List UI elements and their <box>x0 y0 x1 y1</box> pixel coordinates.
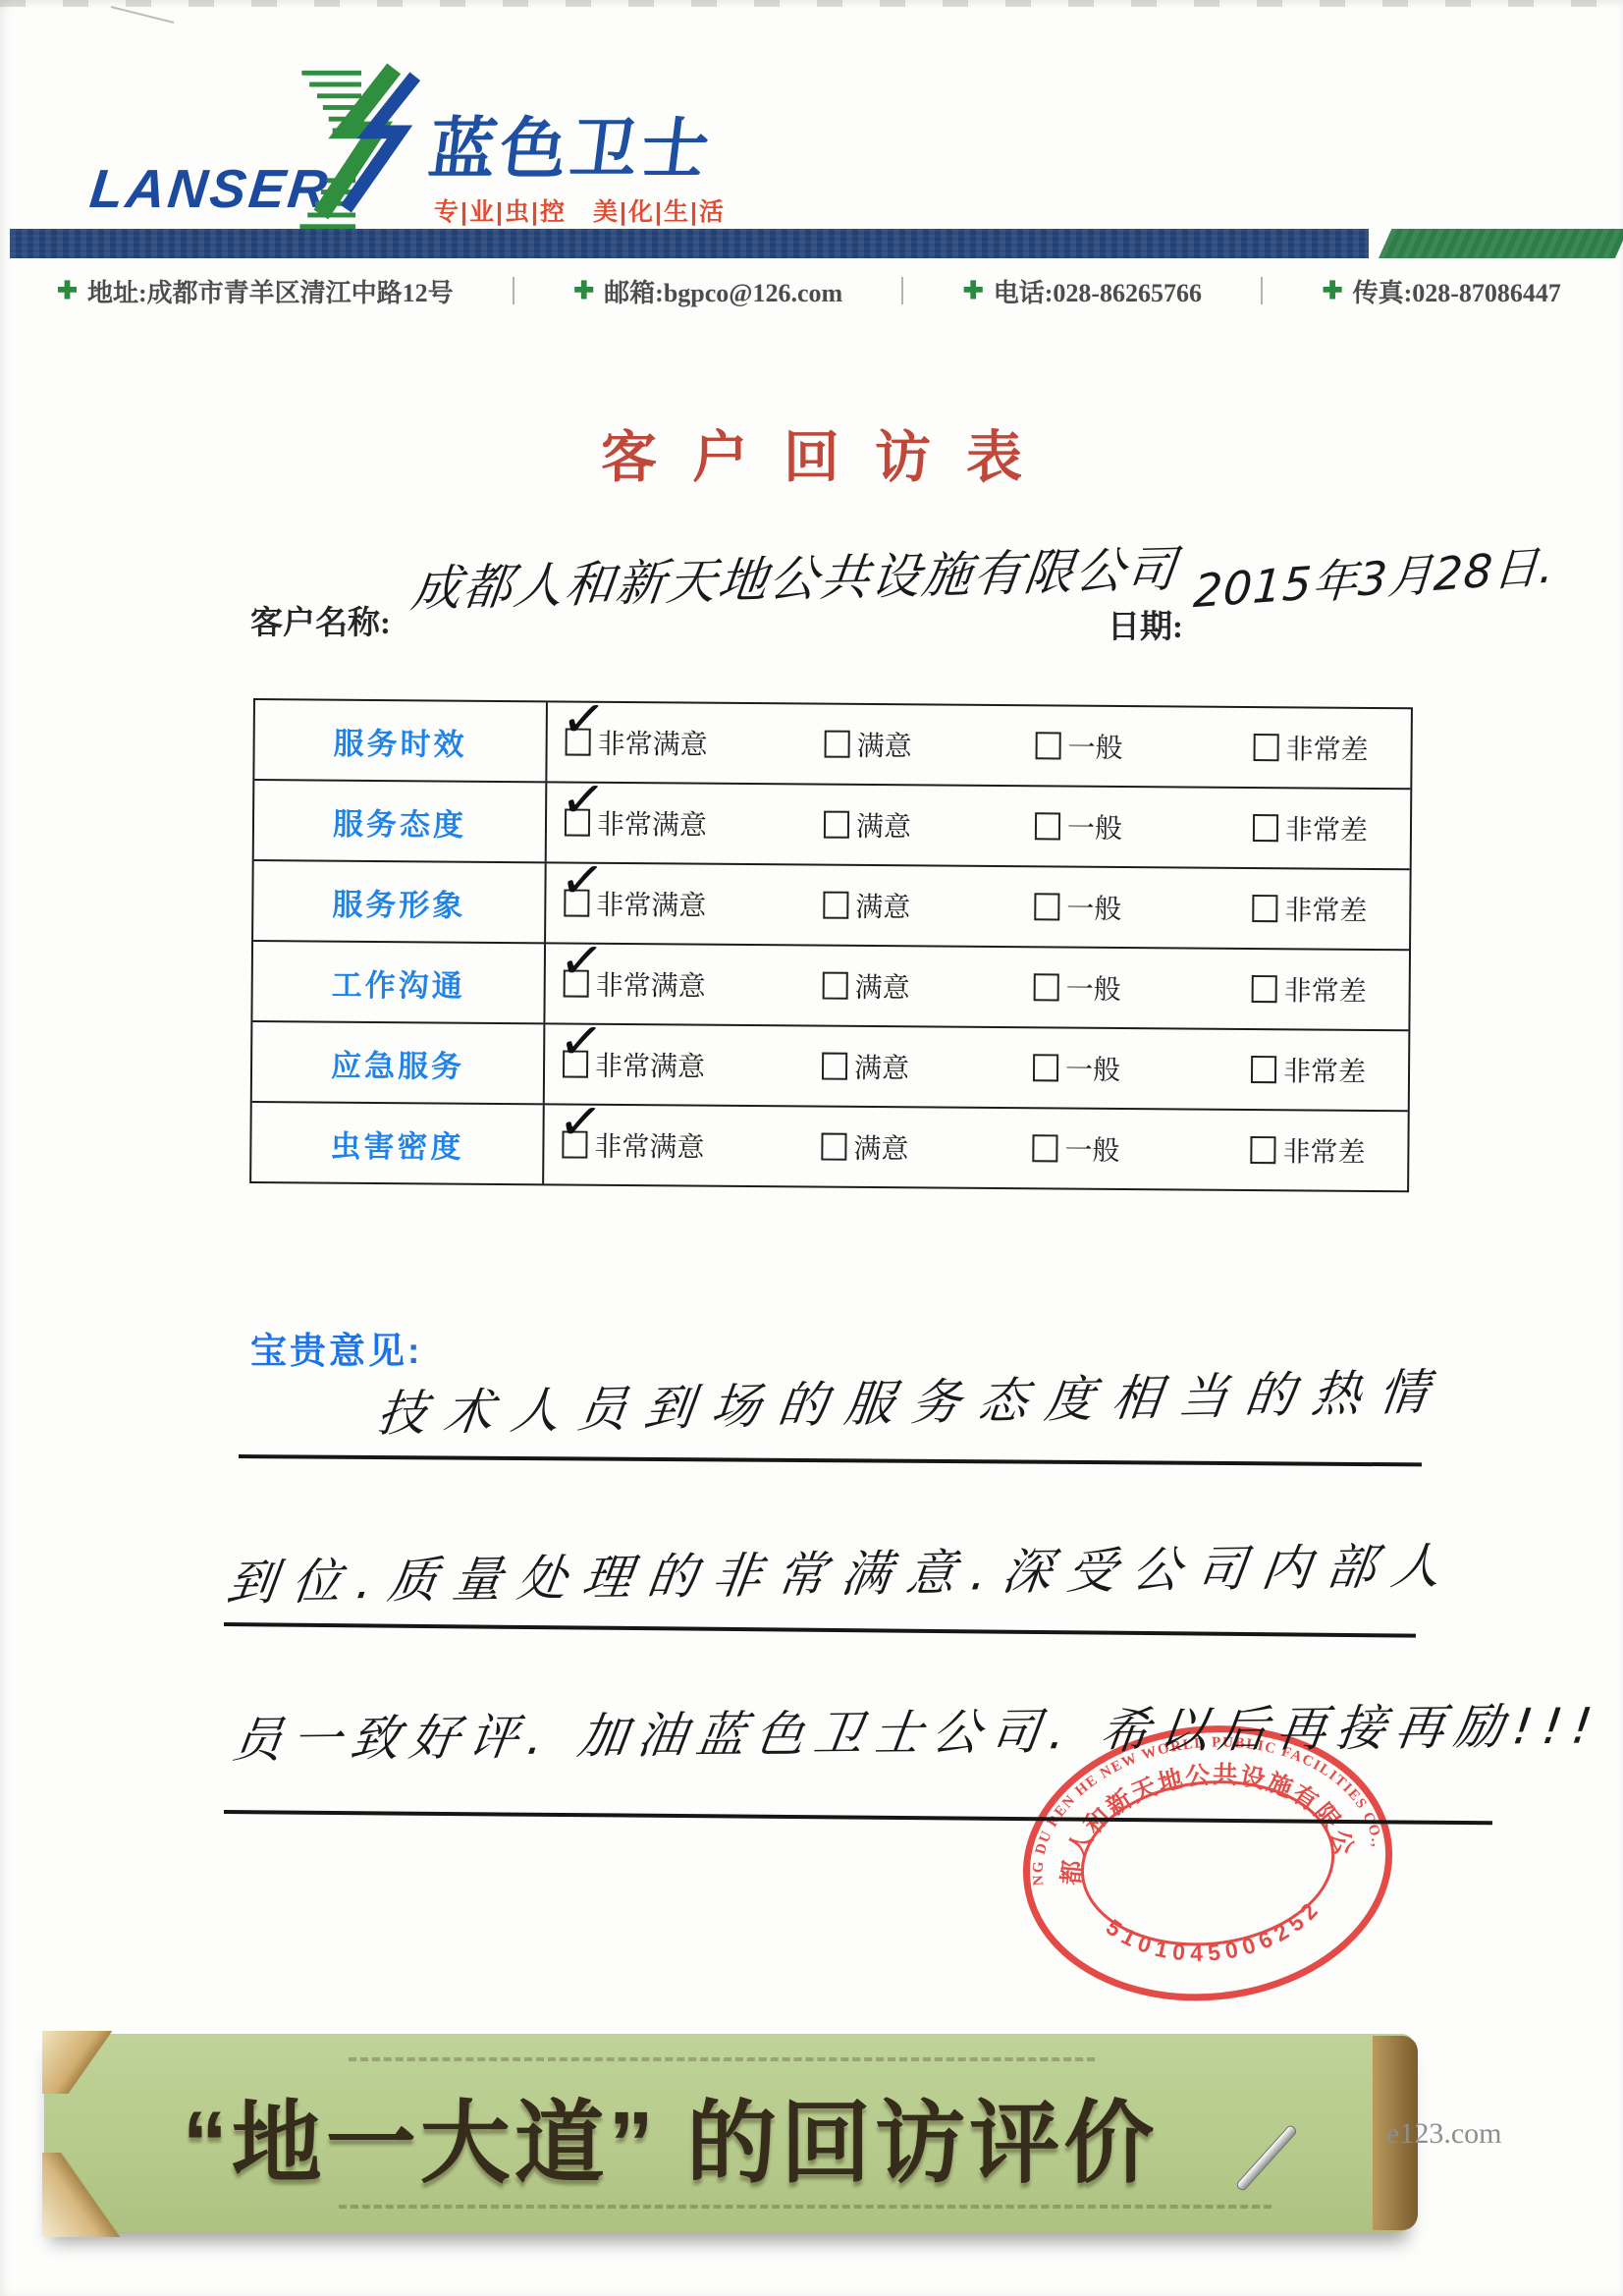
row-options: ✓ 非常满意 满意 一般 非常差 <box>545 944 1409 1029</box>
option-label: 满意 <box>853 1127 908 1167</box>
option-average: 一般 <box>1034 887 1252 928</box>
row-label: 应急服务 <box>252 1022 546 1103</box>
row-label: 服务形象 <box>253 861 547 942</box>
option-label: 一般 <box>1065 1049 1120 1088</box>
caption-banner: “地一大道” 的回访评价 <box>44 2034 1414 2232</box>
option-label: 非常满意 <box>598 723 708 763</box>
option-label: 非常满意 <box>595 1045 705 1085</box>
checkbox <box>1033 1054 1058 1081</box>
option-label: 满意 <box>856 725 911 764</box>
contact-divider <box>901 277 903 304</box>
option-average: 一般 <box>1032 1128 1250 1170</box>
date-label: 日期: <box>1108 601 1183 647</box>
contact-phone-text: 电话:028-86265766 <box>994 273 1202 309</box>
contact-email: ✚ 邮箱:bgpco@126.com <box>573 273 842 309</box>
row-label: 工作沟通 <box>252 942 546 1022</box>
option-very-poor: 非常差 <box>1252 969 1409 1010</box>
checkbox <box>1252 975 1277 1003</box>
checkbox <box>1250 1136 1275 1164</box>
checkmark: ✓ <box>556 1093 606 1151</box>
checkbox <box>825 731 850 758</box>
row-label: 虫害密度 <box>251 1103 545 1183</box>
option-label: 非常满意 <box>597 803 707 844</box>
option-very-satisfied: ✓ 非常满意 <box>566 722 825 763</box>
checkmark: ✓ <box>556 1012 606 1070</box>
option-very-poor: 非常差 <box>1251 1050 1408 1090</box>
checkbox <box>1036 732 1061 759</box>
contact-divider <box>513 277 514 304</box>
checkbox <box>1035 812 1060 840</box>
checkbox <box>823 972 848 1000</box>
scan-corner-mark <box>111 6 175 24</box>
option-label: 满意 <box>854 1047 909 1086</box>
row-options: ✓ 非常满意 满意 一般 非常差 <box>546 863 1410 949</box>
table-row: 虫害密度 ✓ 非常满意 满意 一般 非常差 <box>251 1103 1408 1190</box>
feedback-handwriting-line-1: 技术人员到场的服务态度相当的热情 <box>374 1352 1450 1446</box>
row-options: ✓ 非常满意 满意 一般 非常差 <box>545 1024 1409 1110</box>
brand-name-chinese: 蓝色卫士 <box>424 96 719 191</box>
contact-fax-text: 传真:028-87086447 <box>1353 273 1561 309</box>
plus-icon: ✚ <box>57 279 78 303</box>
option-average: 一般 <box>1034 967 1252 1009</box>
option-satisfied: 满意 <box>824 725 1035 766</box>
plus-icon: ✚ <box>1323 279 1343 303</box>
contact-address-text: 地址:成都市青羊区清江中路12号 <box>87 273 454 309</box>
checkbox <box>823 892 848 919</box>
ruled-line <box>224 1622 1416 1638</box>
table-row: 服务时效 ✓ 非常满意 满意 一般 非常差 <box>254 700 1411 790</box>
contact-phone: ✚ 电话:028-86265766 <box>963 273 1202 309</box>
header-band-green <box>1379 229 1623 258</box>
table-row: 工作沟通 ✓ 非常满意 满意 一般 非常差 <box>252 942 1409 1031</box>
feedback-handwriting-line-2: 到位.质量处理的非常满意.深受公司内部人 <box>223 1526 1461 1614</box>
plus-icon: ✚ <box>963 279 984 303</box>
option-label: 非常满意 <box>596 884 706 924</box>
option-very-satisfied: ✓ 非常满意 <box>563 1044 822 1085</box>
checkmark: ✓ <box>559 690 609 748</box>
feedback-handwriting-line-3: 员一致好评. 加油蓝色卫士公司. 希以后再接再励!!! <box>229 1686 1606 1772</box>
option-very-satisfied: ✓ 非常满意 <box>564 883 823 924</box>
checkmark: ✓ <box>558 851 608 909</box>
option-average: 一般 <box>1035 806 1253 847</box>
brand-tagline: 专|业|虫|控 美|化|生|活 <box>434 192 726 228</box>
option-very-poor: 非常差 <box>1252 889 1409 929</box>
option-label: 非常差 <box>1284 969 1367 1010</box>
row-label: 服务态度 <box>254 781 548 861</box>
form-title: 客户回访表 <box>0 412 1623 493</box>
option-label: 一般 <box>1067 807 1122 847</box>
checkbox <box>822 1053 847 1080</box>
scanned-form-page: LANSER 蓝色卫士 专|业|虫|控 美|化|生|活 <box>0 0 1623 2296</box>
option-label: 一般 <box>1067 727 1122 766</box>
option-label: 非常差 <box>1284 889 1367 929</box>
contact-email-text: 邮箱:bgpco@126.com <box>604 273 842 309</box>
scan-noise-strip <box>0 0 1623 7</box>
option-satisfied: 满意 <box>823 886 1034 927</box>
table-row: 应急服务 ✓ 非常满意 满意 一般 非常差 <box>252 1022 1409 1112</box>
option-satisfied: 满意 <box>821 1127 1032 1169</box>
plus-icon: ✚ <box>573 279 594 303</box>
option-label: 一般 <box>1066 888 1121 927</box>
checkbox <box>1252 895 1277 922</box>
option-satisfied: 满意 <box>822 1047 1033 1088</box>
banner-caption: “地一大道” 的回访评价 <box>103 2071 1237 2201</box>
contact-fax: ✚ 传真:028-87086447 <box>1323 273 1561 309</box>
checkbox <box>1034 893 1059 920</box>
checkbox <box>1253 814 1278 842</box>
row-options: ✓ 非常满意 满意 一般 非常差 <box>547 702 1411 788</box>
checkbox <box>824 811 849 839</box>
header-band-blue <box>10 229 1369 258</box>
option-very-poor: 非常差 <box>1250 1130 1407 1171</box>
site-watermark: e123.com <box>1386 2117 1501 2151</box>
row-options: ✓ 非常满意 满意 一般 非常差 <box>544 1105 1408 1190</box>
option-label: 非常满意 <box>596 964 706 1005</box>
lightning-bolt-icon <box>287 63 434 236</box>
option-very-poor: 非常差 <box>1253 808 1410 848</box>
option-label: 一般 <box>1064 1129 1119 1169</box>
table-row: 服务形象 ✓ 非常满意 满意 一般 非常差 <box>253 861 1410 951</box>
option-average: 一般 <box>1035 726 1253 767</box>
option-average: 一般 <box>1033 1048 1251 1089</box>
option-label: 非常满意 <box>594 1125 704 1166</box>
checkmark: ✓ <box>558 771 608 829</box>
checkbox <box>1254 734 1279 761</box>
option-very-satisfied: ✓ 非常满意 <box>562 1124 821 1166</box>
option-label: 满意 <box>856 805 911 845</box>
feedback-label: 宝贵意见: <box>250 1321 422 1374</box>
option-label: 一般 <box>1066 968 1121 1008</box>
checkmark: ✓ <box>557 932 607 990</box>
row-label: 服务时效 <box>254 700 548 781</box>
checkbox <box>1034 973 1059 1001</box>
contact-address: ✚ 地址:成都市青羊区清江中路12号 <box>57 273 454 309</box>
checkbox <box>1032 1134 1057 1162</box>
contact-row: ✚ 地址:成都市青羊区清江中路12号 ✚ 邮箱:bgpco@126.com ✚ … <box>57 269 1561 312</box>
option-very-satisfied: ✓ 非常满意 <box>565 802 824 844</box>
option-label: 非常差 <box>1282 1130 1365 1171</box>
banner-stitch-bottom <box>339 2205 1271 2209</box>
customer-name-label: 客户名称: <box>250 597 391 643</box>
option-label: 非常差 <box>1283 1050 1366 1090</box>
option-label: 非常差 <box>1285 728 1368 768</box>
option-satisfied: 满意 <box>824 805 1035 847</box>
option-satisfied: 满意 <box>823 966 1034 1008</box>
ruled-line <box>239 1454 1422 1466</box>
contact-divider <box>1261 277 1263 304</box>
table-row: 服务态度 ✓ 非常满意 满意 一般 非常差 <box>254 781 1411 870</box>
option-very-satisfied: ✓ 非常满意 <box>564 963 823 1005</box>
date-handwriting: 2015年3月28日. <box>1192 530 1557 621</box>
checkbox <box>1251 1056 1276 1083</box>
rating-table: 服务时效 ✓ 非常满意 满意 一般 非常差 <box>249 698 1413 1192</box>
banner-stitch-top <box>349 2057 1095 2061</box>
customer-name-handwriting: 成都人和新天地公共设施有限公司 <box>408 529 1182 621</box>
option-label: 满意 <box>855 966 910 1006</box>
option-label: 满意 <box>855 886 910 925</box>
option-label: 非常差 <box>1285 808 1368 848</box>
option-very-poor: 非常差 <box>1253 728 1410 768</box>
row-options: ✓ 非常满意 满意 一般 非常差 <box>547 783 1411 868</box>
svg-text:5101045006252: 5101045006252 <box>1100 1892 1331 1977</box>
seal-registration-number: 5101045006252 <box>1100 1892 1331 1977</box>
checkbox <box>821 1133 846 1161</box>
